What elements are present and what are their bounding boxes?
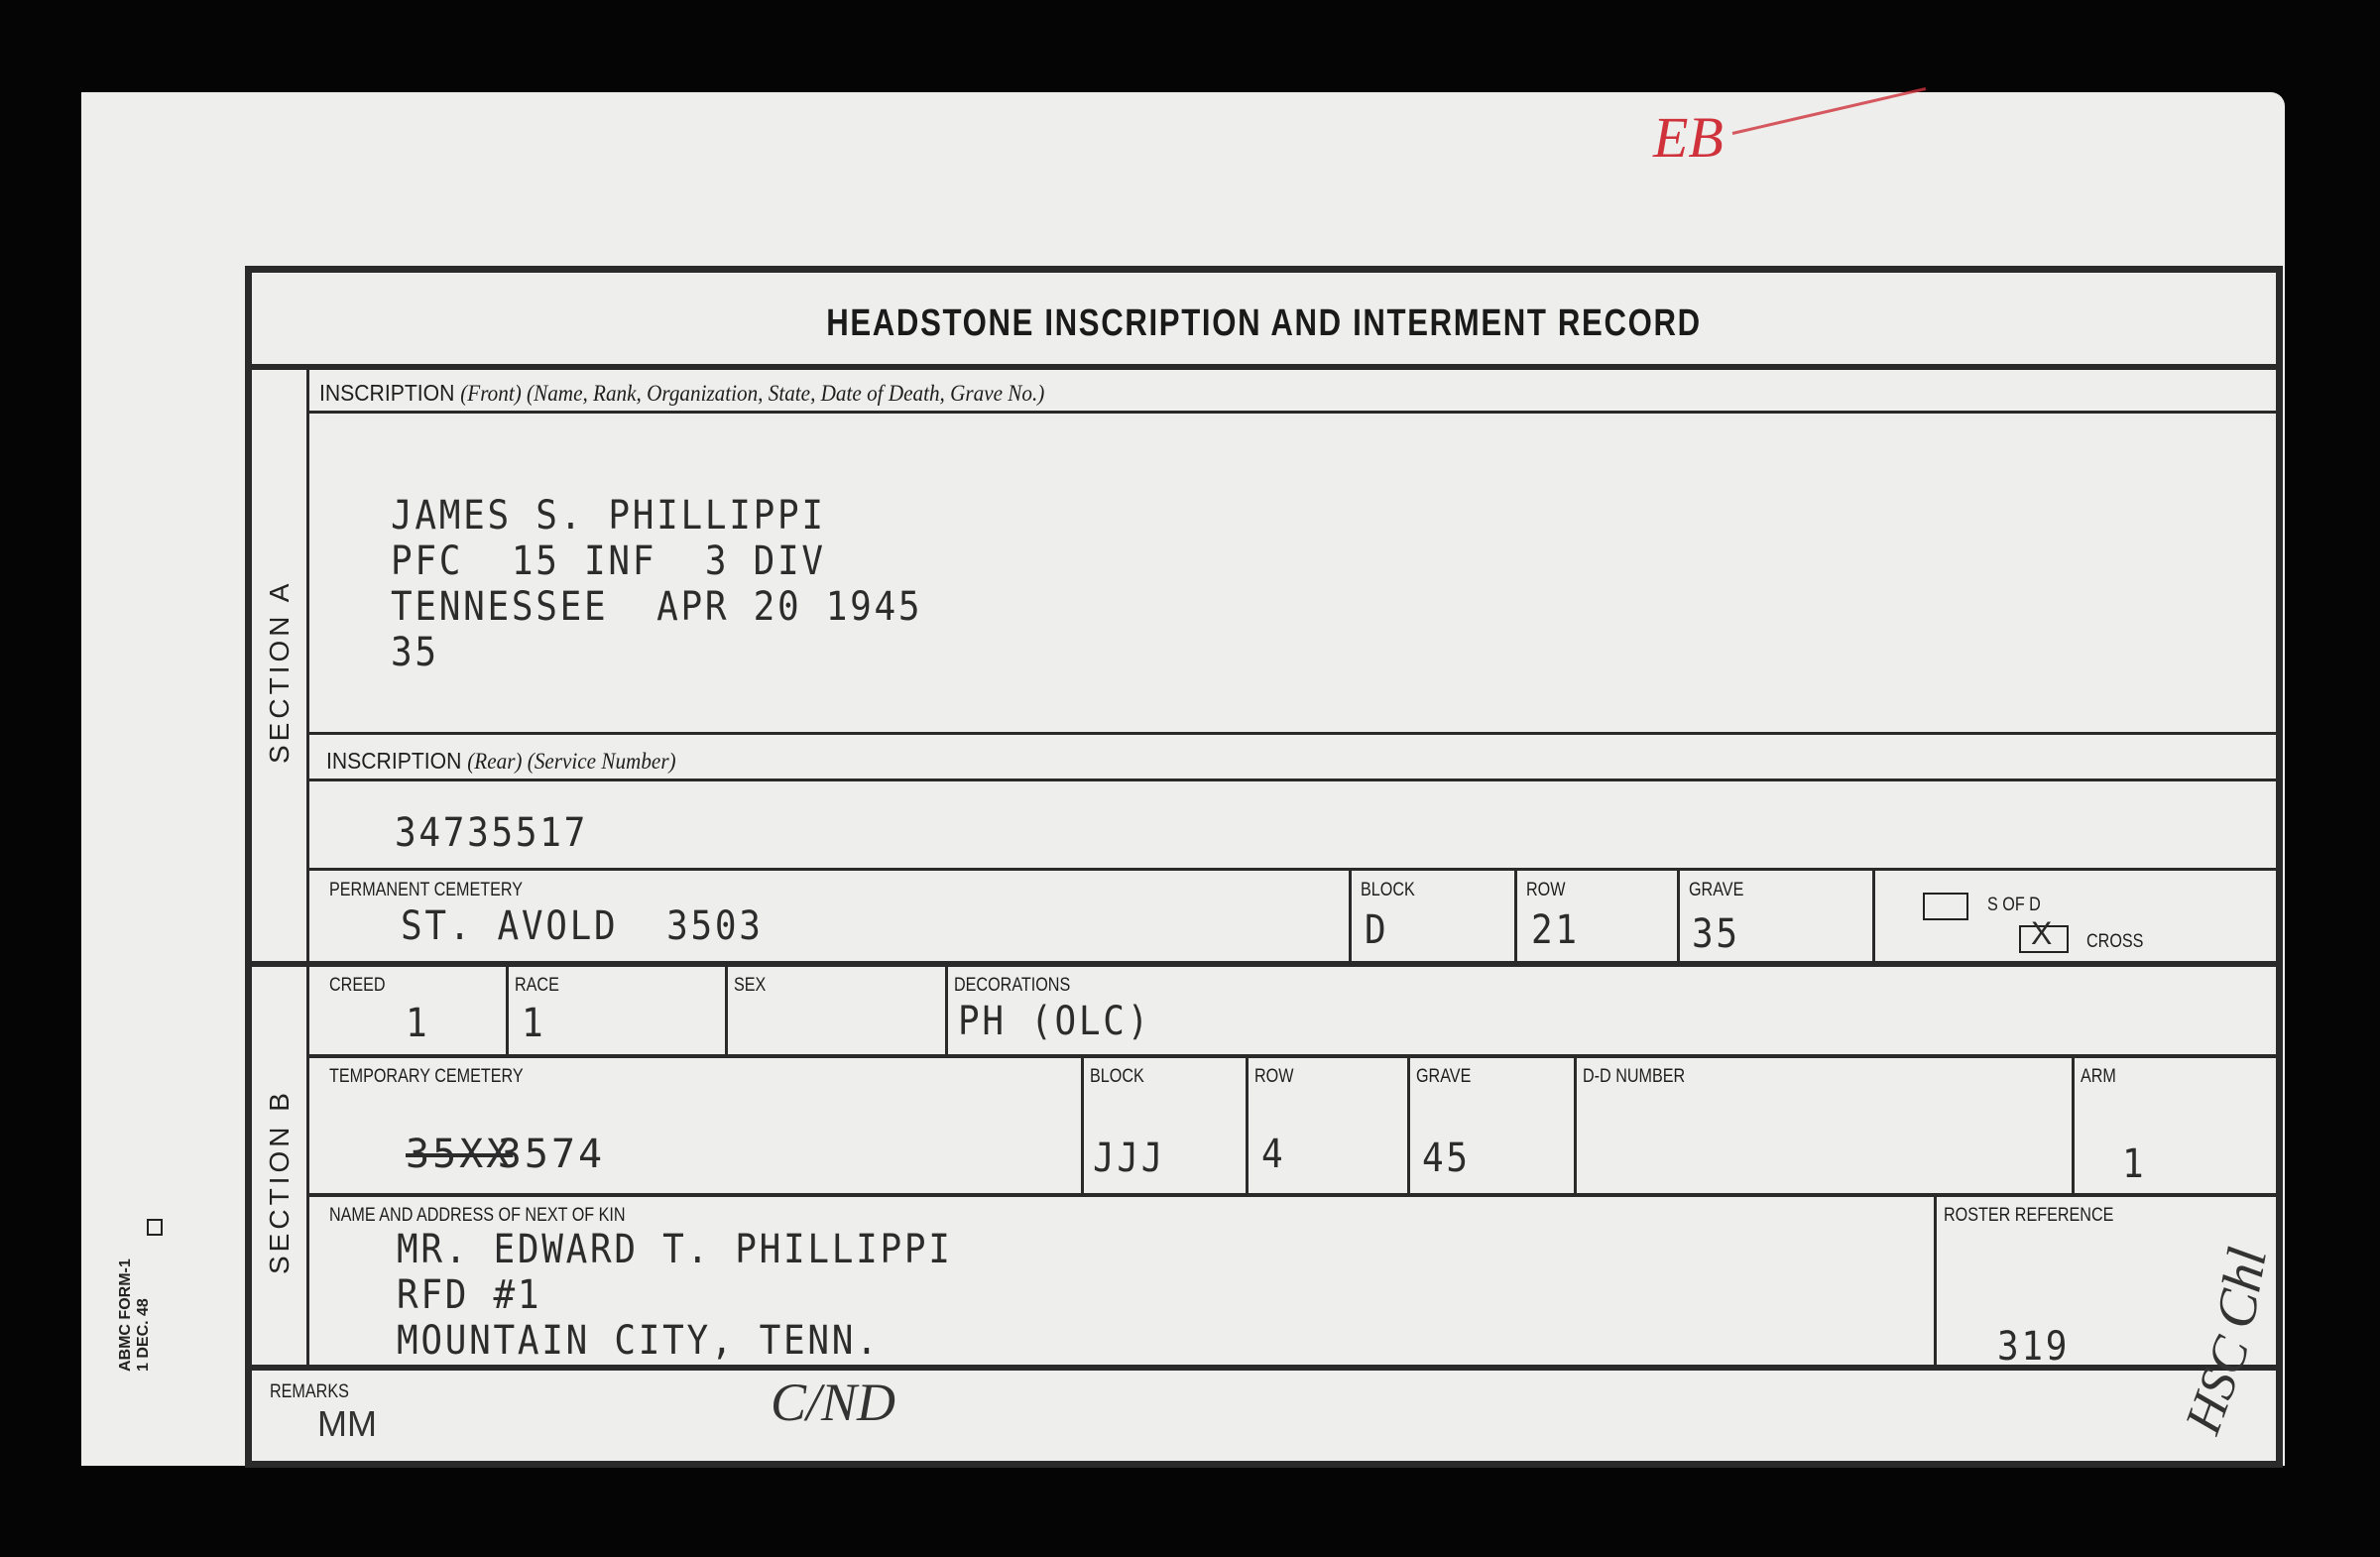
permanent-block-label: BLOCK <box>1361 880 1415 901</box>
temporary-row-label: ROW <box>1254 1066 1293 1088</box>
s-of-d-label: S OF D <box>1987 895 2041 916</box>
divider <box>1246 1058 1249 1193</box>
creed-field[interactable]: 1 <box>406 1001 429 1046</box>
next-of-kin-line-1: MR. EDWARD T. PHILLIPPI <box>397 1227 953 1272</box>
permanent-block-field[interactable]: D <box>1365 907 1388 953</box>
annotation-mm: MM <box>317 1403 377 1445</box>
inscription-front-label: INSCRIPTION (Front) (Name, Rank, Organiz… <box>319 380 1044 407</box>
next-of-kin-label: NAME AND ADDRESS OF NEXT OF KIN <box>329 1205 626 1227</box>
section-a-label: SECTION A <box>264 580 296 764</box>
form-id-checkbox[interactable] <box>147 1219 163 1236</box>
temporary-grave-field[interactable]: 45 <box>1422 1136 1471 1181</box>
temporary-cemetery-number: 3574 <box>498 1132 605 1177</box>
roster-reference-label: ROSTER REFERENCE <box>1944 1205 2113 1227</box>
temporary-cemetery-label: TEMPORARY CEMETERY <box>329 1066 524 1088</box>
divider <box>506 967 509 1056</box>
divider <box>2072 1058 2075 1193</box>
s-of-d-checkbox[interactable] <box>1923 893 1968 920</box>
divider <box>1081 1058 1084 1193</box>
divider <box>309 1054 2276 1058</box>
remarks-label: REMARKS <box>270 1381 349 1403</box>
divider <box>309 1193 2276 1197</box>
divider <box>309 778 2276 781</box>
sex-label: SEX <box>734 975 766 997</box>
inscription-rear-label: INSCRIPTION (Rear) (Service Number) <box>326 748 676 775</box>
divider <box>945 967 948 1056</box>
creed-label: CREED <box>329 975 386 997</box>
divider <box>1934 1197 1937 1368</box>
permanent-grave-label: GRAVE <box>1689 880 1743 901</box>
form-title: HEADSTONE INSCRIPTION AND INTERMENT RECO… <box>434 302 2094 345</box>
form-id: ABMC FORM-1 1 DEC. 48 <box>117 1258 153 1372</box>
temporary-block-field[interactable]: JJJ <box>1093 1136 1165 1181</box>
divider <box>725 967 728 1056</box>
cross-label: CROSS <box>2086 931 2143 953</box>
dd-number-label: D-D NUMBER <box>1583 1066 1685 1088</box>
next-of-kin-field[interactable]: MR. EDWARD T. PHILLIPPI RFD #1 MOUNTAIN … <box>397 1227 1014 1364</box>
red-pencil-stroke <box>1732 87 1927 135</box>
divider <box>1872 868 1875 961</box>
permanent-row-label: ROW <box>1526 880 1565 901</box>
decorations-label: DECORATIONS <box>954 975 1070 997</box>
divider <box>1407 1058 1410 1193</box>
red-initials-annotation: EB <box>1653 104 1724 171</box>
decorations-field[interactable]: PH (OLC) <box>958 999 1151 1044</box>
form-id-line1: ABMC FORM-1 <box>117 1258 135 1372</box>
divider <box>1574 1058 1577 1193</box>
permanent-cemetery-field[interactable]: ST. AVOLD 3503 <box>401 903 764 949</box>
inscription-line-1: JAMES S. PHILLIPPI <box>391 493 922 539</box>
section-divider <box>252 961 2276 967</box>
divider <box>1514 868 1517 961</box>
temporary-row-field[interactable]: 4 <box>1261 1132 1285 1177</box>
check-mark-icon: X <box>2031 915 2052 952</box>
form-id-line2: 1 DEC. 48 <box>135 1258 153 1372</box>
race-field[interactable]: 1 <box>522 1001 545 1046</box>
roster-reference-field[interactable]: 319 <box>1997 1324 2070 1370</box>
cross-checkbox[interactable]: X <box>2019 925 2069 953</box>
inscription-line-2: PFC 15 INF 3 DIV <box>391 539 922 584</box>
form-grid: HEADSTONE INSCRIPTION AND INTERMENT RECO… <box>245 266 2283 1468</box>
inscription-front-field[interactable]: JAMES S. PHILLIPPI PFC 15 INF 3 DIV TENN… <box>391 493 982 675</box>
next-of-kin-line-3: MOUNTAIN CITY, TENN. <box>397 1318 953 1364</box>
section-b-label: SECTION B <box>264 1089 296 1274</box>
divider <box>309 411 2276 414</box>
next-of-kin-line-2: RFD #1 <box>397 1272 953 1318</box>
divider <box>1677 868 1680 961</box>
remarks-field[interactable] <box>270 1403 2253 1453</box>
permanent-grave-field[interactable]: 35 <box>1692 911 1740 957</box>
record-card: EB ABMC FORM-1 1 DEC. 48 HEADSTONE INSCR… <box>81 92 2285 1466</box>
divider <box>309 868 2276 871</box>
divider <box>1349 868 1352 961</box>
permanent-row-field[interactable]: 21 <box>1531 907 1580 953</box>
arm-label: ARM <box>2081 1066 2116 1088</box>
race-label: RACE <box>515 975 559 997</box>
inscription-line-4: 35 <box>391 630 922 675</box>
temporary-grave-label: GRAVE <box>1416 1066 1471 1088</box>
temporary-block-label: BLOCK <box>1090 1066 1144 1088</box>
permanent-cemetery-label: PERMANENT CEMETERY <box>329 880 523 901</box>
divider <box>309 732 2276 735</box>
arm-field[interactable]: 1 <box>2122 1141 2146 1187</box>
section-divider <box>252 1365 2276 1371</box>
service-number-field[interactable]: 34735517 <box>395 810 588 856</box>
inscription-line-3: TENNESSEE APR 20 1945 <box>391 584 922 630</box>
annotation-cnd: C/ND <box>771 1372 895 1433</box>
temporary-cemetery-field[interactable]: 35XX 3574 <box>406 1132 605 1177</box>
title-divider <box>252 364 2276 370</box>
